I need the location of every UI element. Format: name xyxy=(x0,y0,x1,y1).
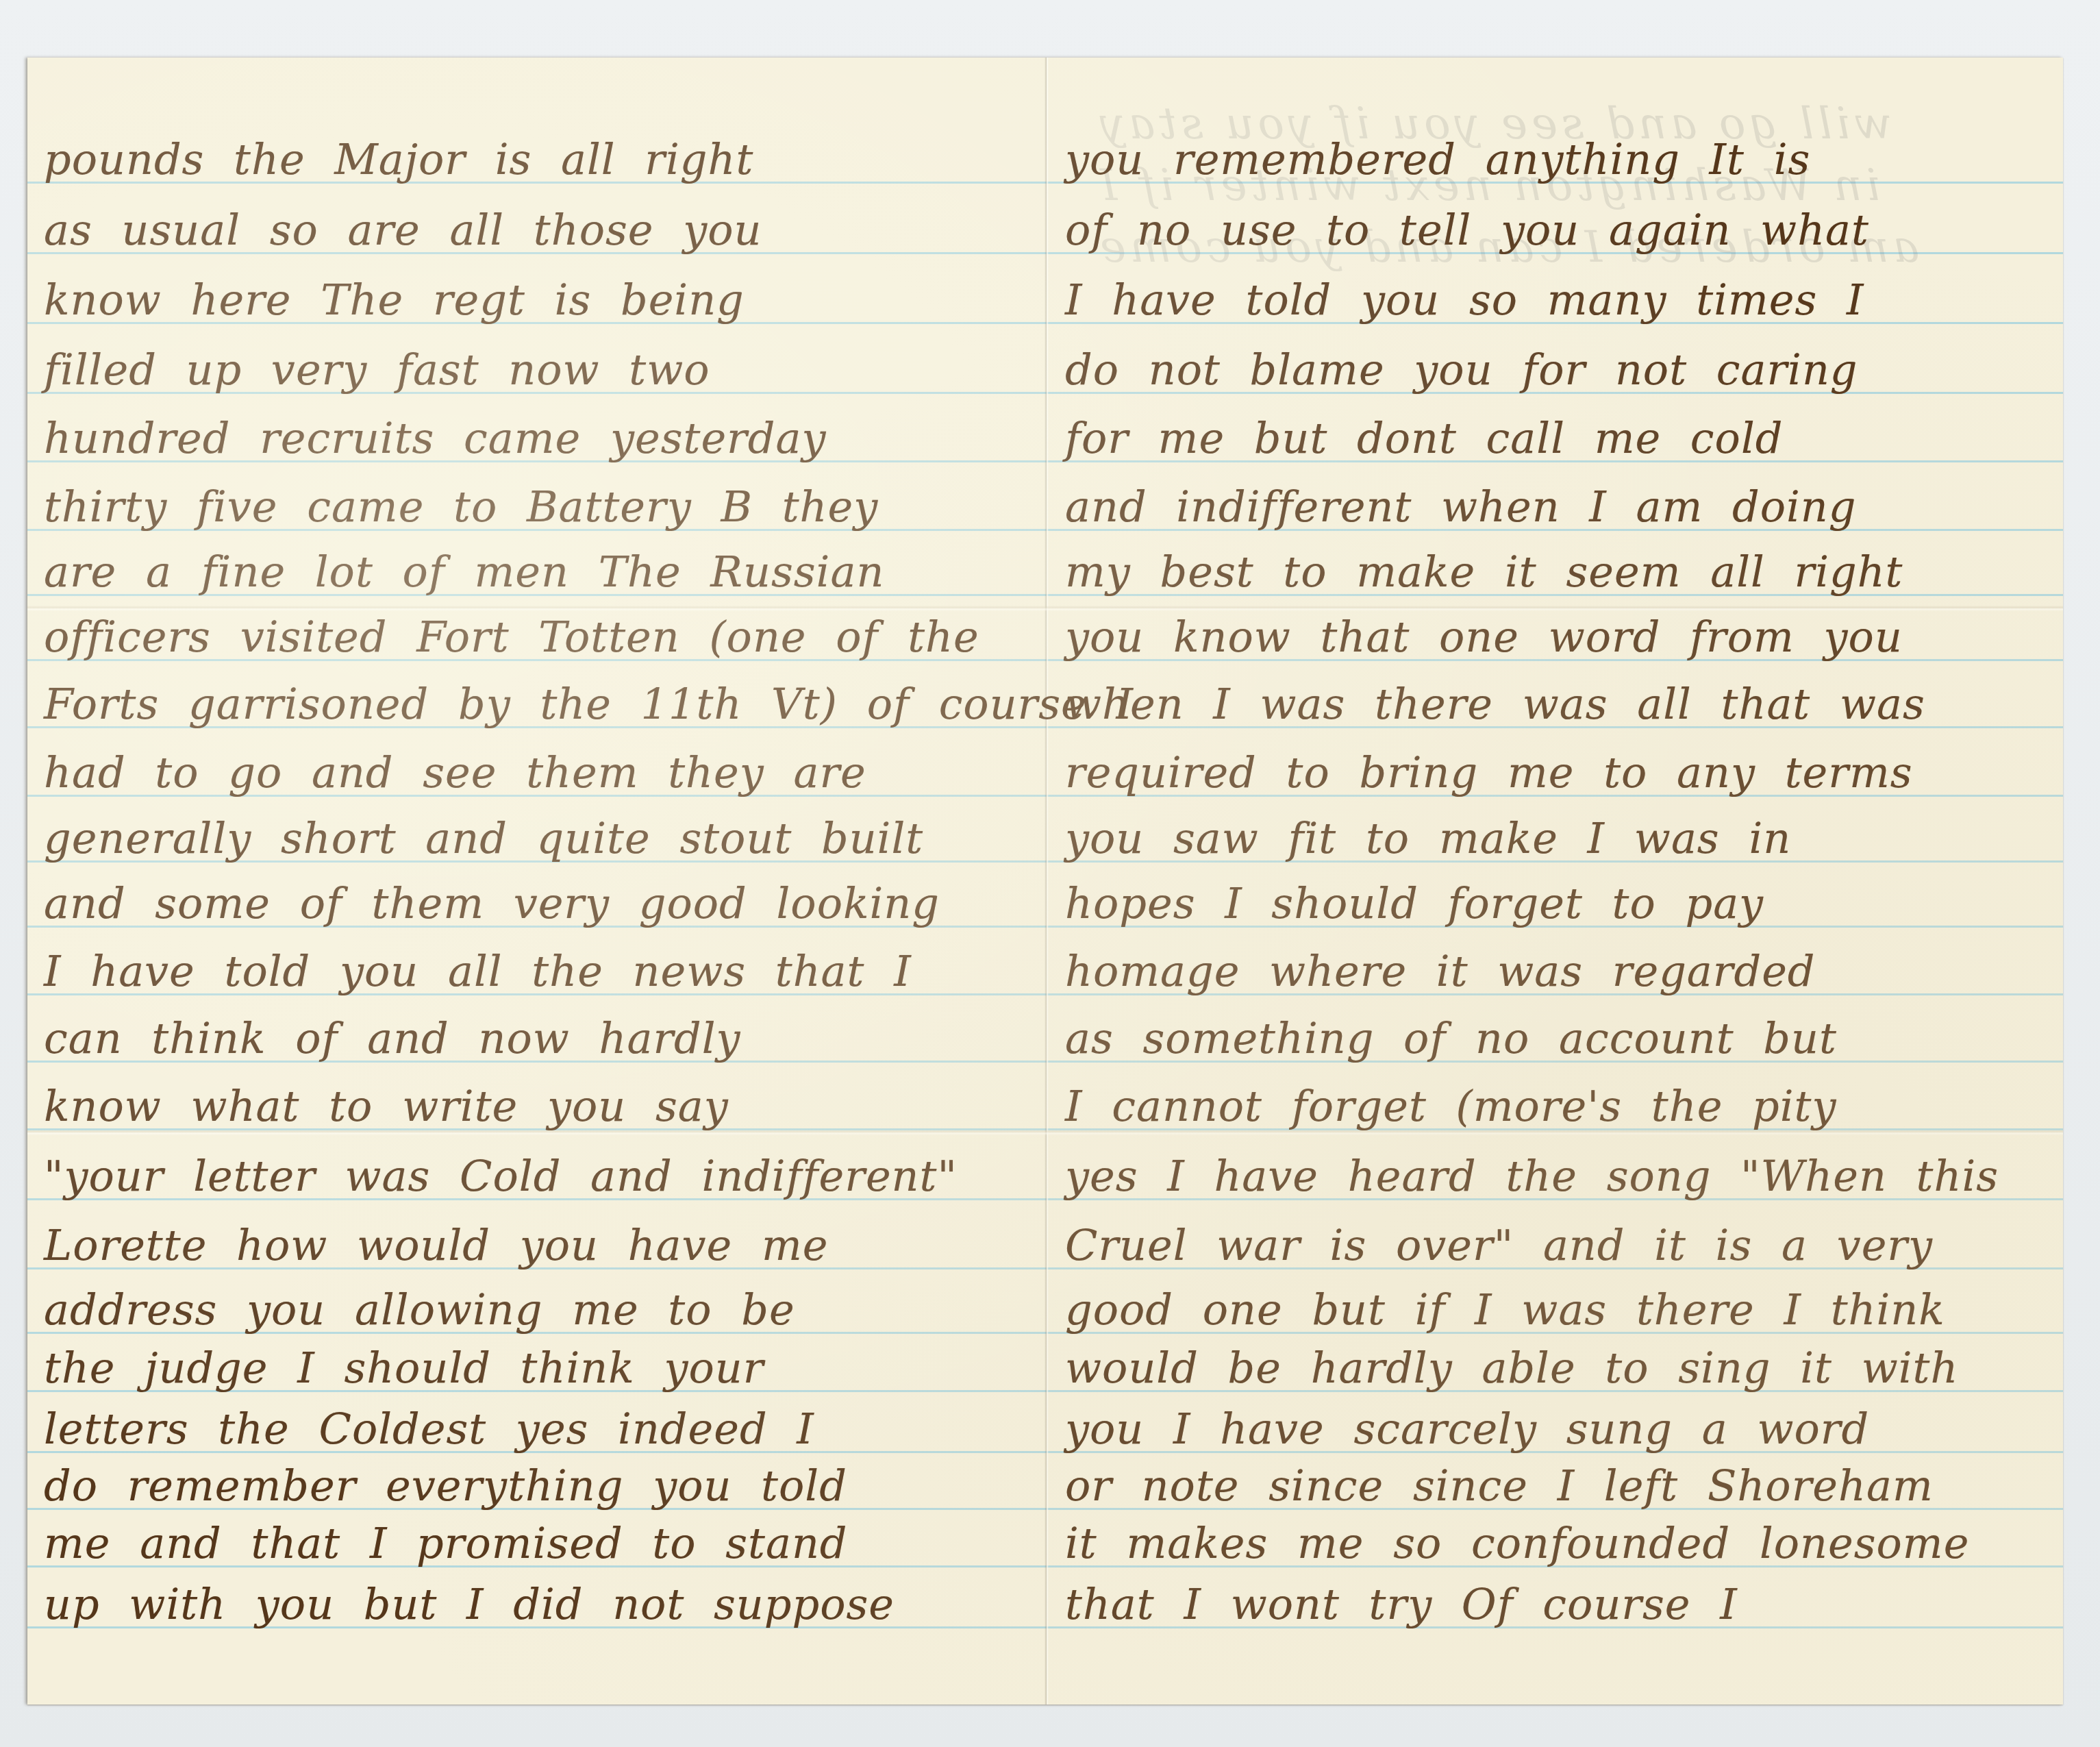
handwritten-line: would be hardly able to sing it with xyxy=(1065,1335,2047,1402)
handwritten-line: know here The regt is being xyxy=(44,267,1028,334)
handwritten-line: pounds the Major is all right xyxy=(44,126,1028,193)
handwritten-line: thirty five came to Battery B they xyxy=(44,473,1028,541)
handwritten-line: it makes me so confounded lonesome xyxy=(1065,1510,2047,1577)
handwritten-line: good one but if I was there I think xyxy=(1065,1276,2047,1343)
left-page: pounds the Major is all right as usual s… xyxy=(27,58,1045,1705)
handwritten-line: know what to write you say xyxy=(44,1073,1028,1140)
handwritten-line: can think of and now hardly xyxy=(44,1005,1028,1072)
handwritten-line: of no use to tell you again what xyxy=(1065,197,2047,264)
handwritten-line: filled up very fast now two xyxy=(44,336,1028,404)
handwritten-line: hundred recruits came yesterday xyxy=(44,405,1028,472)
handwritten-line: for me but dont call me cold xyxy=(1065,405,2047,472)
handwritten-line: my best to make it seem all right xyxy=(1065,538,2047,606)
handwritten-line: up with you but I did not suppose xyxy=(44,1571,1028,1638)
handwritten-line: officers visited Fort Totten (one of the xyxy=(44,604,1028,671)
handwritten-line: had to go and see them they are xyxy=(44,739,1028,806)
handwritten-line: you know that one word from you xyxy=(1065,604,2047,671)
handwritten-line: Lorette how would you have me xyxy=(44,1212,1028,1279)
handwritten-line: me and that I promised to stand xyxy=(44,1510,1028,1577)
handwritten-line: the judge I should think your xyxy=(44,1335,1028,1402)
letter-sheet: will go and see you if you stay in Washi… xyxy=(27,58,2063,1705)
handwritten-line: as usual so are all those you xyxy=(44,197,1028,264)
handwritten-line: homage where it was regarded xyxy=(1065,938,2047,1005)
handwritten-line: do not blame you for not caring xyxy=(1065,336,2047,404)
handwritten-line: generally short and quite stout built xyxy=(44,805,1028,872)
handwritten-line: and indifferent when I am doing xyxy=(1065,473,2047,541)
handwritten-line: "your letter was Cold and indifferent" xyxy=(44,1143,1028,1210)
handwritten-line: I have told you all the news that I xyxy=(44,938,1028,1005)
handwritten-line: you remembered anything It is xyxy=(1065,126,2047,193)
handwritten-line: as something of no account but xyxy=(1065,1005,2047,1072)
handwritten-line: and some of them very good looking xyxy=(44,870,1028,937)
handwritten-line: I cannot forget (more's the pity xyxy=(1065,1073,2047,1140)
handwritten-line: I have told you so many times I xyxy=(1065,267,2047,334)
handwritten-line: address you allowing me to be xyxy=(44,1276,1028,1343)
handwritten-line: yes I have heard the song "When this xyxy=(1065,1143,2047,1210)
handwritten-line: you saw fit to make I was in xyxy=(1065,805,2047,872)
handwritten-line: hopes I should forget to pay xyxy=(1065,870,2047,937)
handwritten-line: are a fine lot of men The Russian xyxy=(44,538,1028,606)
handwritten-line: required to bring me to any terms xyxy=(1065,739,2047,806)
right-page: you remembered anything It is of no use … xyxy=(1049,58,2063,1705)
handwritten-line: that I wont try Of course I xyxy=(1065,1571,2047,1638)
handwritten-line: Forts garrisoned by the 11th Vt) of cour… xyxy=(44,671,1028,738)
handwritten-line: when I was there was all that was xyxy=(1065,671,2047,738)
handwritten-line: Cruel war is over" and it is a very xyxy=(1065,1212,2047,1279)
